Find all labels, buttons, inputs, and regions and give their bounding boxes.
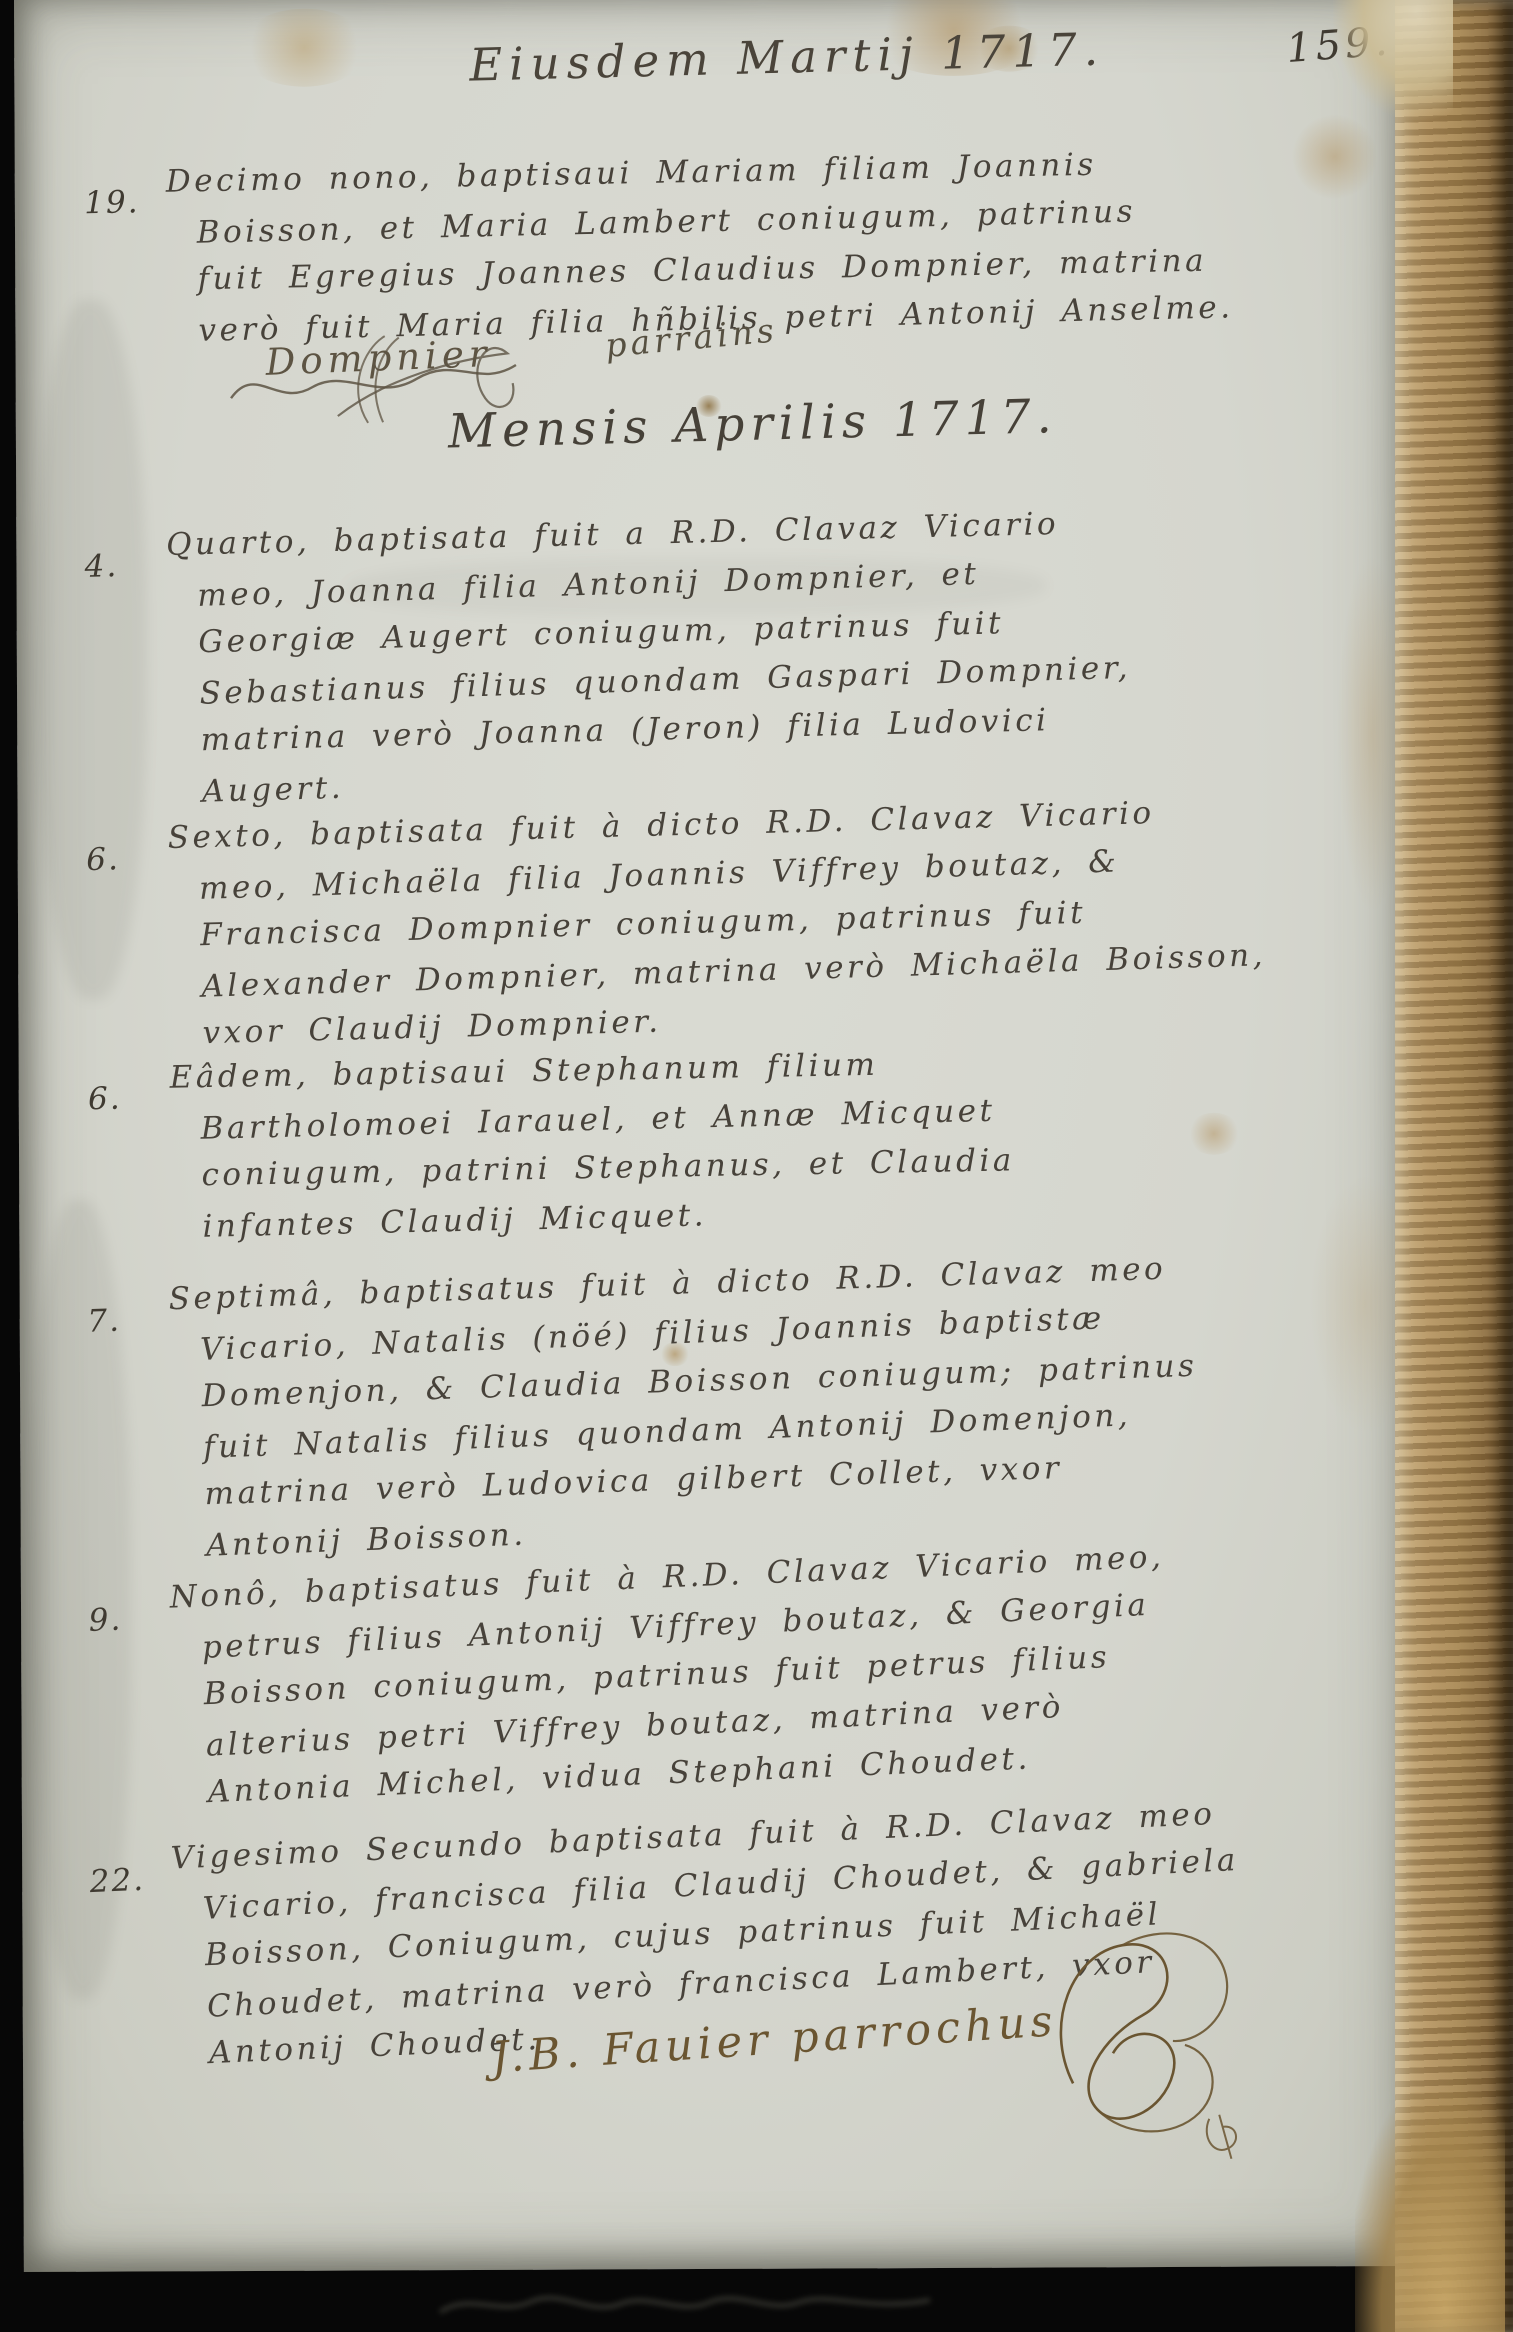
book-page-edges <box>1395 0 1513 2332</box>
baptism-entry: 6. Sexto, baptisata fuit à dicto R.D. Cl… <box>167 783 1383 1059</box>
baptism-entry: 9. Nonô, baptisatus fuit à R.D. Clavaz V… <box>169 1524 1388 1818</box>
page-edge-wear <box>1355 2092 1505 2332</box>
ghost-text-smudge <box>430 2282 950 2326</box>
entry-text: Sexto, baptisata fuit à dicto R.D. Clava… <box>167 783 1383 1059</box>
manuscript-page: 159. Eiusdem Martij 1717. 19. Decimo non… <box>14 0 1408 2272</box>
baptism-entry: 4. Quarto, baptisata fuit a R.D. Clavaz … <box>166 492 1383 814</box>
entry-day-number: 19. <box>84 184 140 221</box>
ink-stain <box>239 8 369 87</box>
entry-text: Nonô, baptisatus fuit à R.D. Clavaz Vica… <box>169 1524 1388 1818</box>
bleed-through-smudge <box>35 299 148 999</box>
entry-day-number: 7. <box>87 1303 122 1340</box>
godparent-signature: Dompnier parrains <box>265 332 492 384</box>
entry-day-number: 4. <box>84 548 118 585</box>
baptism-entry: 6. Eâdem, baptisaui Stephanum filiumBart… <box>169 1032 1382 1250</box>
entry-day-number: 6. <box>88 1081 122 1118</box>
priest-signature-flourish-icon <box>1012 1922 1313 2173</box>
entry-text: Septimâ, baptisatus fuit à dicto R.D. Cl… <box>168 1238 1386 1569</box>
month-header: Eiusdem Martij 1717. <box>469 23 1106 92</box>
page-corner-curl <box>1333 0 1453 120</box>
entry-day-number: 6. <box>86 841 120 878</box>
photograph-of-manuscript: { "colors": { "ink": "#47423a", "signatu… <box>0 0 1513 2332</box>
entry-text: Quarto, baptisata fuit a R.D. Clavaz Vic… <box>166 492 1383 814</box>
entry-text: Eâdem, baptisaui Stephanum filiumBarthol… <box>169 1032 1382 1250</box>
entry-day-number: 9. <box>88 1602 123 1639</box>
baptism-entry: 7. Septimâ, baptisatus fuit à dicto R.D.… <box>168 1238 1386 1569</box>
entry-day-number: 22. <box>89 1862 146 1900</box>
